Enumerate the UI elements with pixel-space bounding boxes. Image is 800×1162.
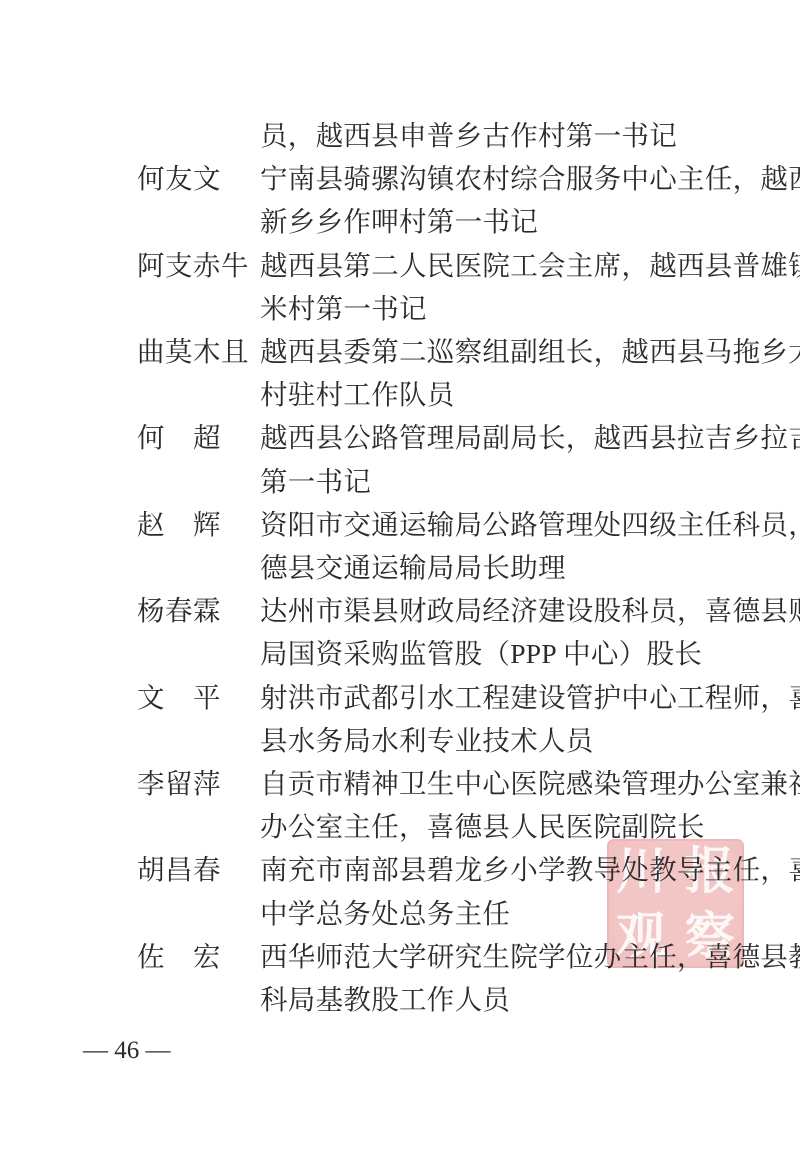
entry-row: 杨春霖 达州市渠县财政局经济建设股科员，喜德县财政局国资采购监管股（PPP 中心… [137,589,707,675]
entry-description-line: 员，越西县申普乡古作村第一书记 [260,114,707,157]
entry-description-line: 德县交通运输局局长助理 [260,546,800,589]
entry-description: 射洪市武都引水工程建设管护中心工程师，喜德县水务局水利专业技术人员 [260,676,800,762]
entry-row: 李留萍 自贡市精神卫生中心医院感染管理办公室兼社区办公室主任，喜德县人民医院副院… [137,762,707,848]
entry-name: 李留萍 [137,762,260,805]
entry-name: 杨春霖 [137,589,260,632]
entry-description: 越西县公路管理局副局长，越西县拉吉乡拉吉村第一书记 [260,416,800,502]
entry-name: 佐 宏 [137,935,260,978]
entry-row: 员，越西县申普乡古作村第一书记 [137,114,707,157]
entry-row: 文 平 射洪市武都引水工程建设管护中心工程师，喜德县水务局水利专业技术人员 [137,676,707,762]
entry-description-line: 射洪市武都引水工程建设管护中心工程师，喜德 [260,676,800,719]
entry-description-line: 科局基教股工作人员 [260,978,800,1021]
entry-description-line: 局国资采购监管股（PPP 中心）股长 [260,632,800,675]
entry-description-line: 越西县第二人民医院工会主席，越西县普雄镇沙 [260,244,800,287]
document-page: 川 报 观 察 员，越西县申普乡古作村第一书记 何友文 宁南县骑骡沟镇农村综合服… [0,0,800,1162]
entry-row: 胡昌春 南充市南部县碧龙乡小学教导处教导主任，喜德中学总务处总务主任 [137,848,707,934]
entry-description: 自贡市精神卫生中心医院感染管理办公室兼社区办公室主任，喜德县人民医院副院长 [260,762,800,848]
entry-row: 何 超 越西县公路管理局副局长，越西县拉吉乡拉吉村第一书记 [137,416,707,502]
entry-name: 何 超 [137,416,260,459]
entry-description: 南充市南部县碧龙乡小学教导处教导主任，喜德中学总务处总务主任 [260,848,800,934]
entry-description: 达州市渠县财政局经济建设股科员，喜德县财政局国资采购监管股（PPP 中心）股长 [260,589,800,675]
entry-row: 阿支赤牛 越西县第二人民医院工会主席，越西县普雄镇沙米村第一书记 [137,244,707,330]
entry-description-line: 越西县公路管理局副局长，越西县拉吉乡拉吉村 [260,416,800,459]
entry-description-line: 村驻村工作队员 [260,373,800,416]
entry-name: 赵 辉 [137,503,260,546]
entry-description: 西华师范大学研究生院学位办主任，喜德县教体科局基教股工作人员 [260,935,800,1021]
page-number: — 46 — [83,1036,171,1066]
entry-description-line: 越西县委第二巡察组副组长，越西县马拖乡大河 [260,330,800,373]
entry-description: 员，越西县申普乡古作村第一书记 [260,114,707,157]
entry-description-line: 南充市南部县碧龙乡小学教导处教导主任，喜德 [260,848,800,891]
entry-description: 越西县第二人民医院工会主席，越西县普雄镇沙米村第一书记 [260,244,800,330]
entry-description-line: 米村第一书记 [260,287,800,330]
entry-description-line: 办公室主任，喜德县人民医院副院长 [260,805,800,848]
entry-description-line: 资阳市交通运输局公路管理处四级主任科员，喜 [260,503,800,546]
entry-description-line: 西华师范大学研究生院学位办主任，喜德县教体 [260,935,800,978]
entry-description-line: 新乡乡作呷村第一书记 [260,200,800,243]
entry-description-line: 第一书记 [260,460,800,503]
entry-description-line: 县水务局水利专业技术人员 [260,719,800,762]
entry-name: 文 平 [137,676,260,719]
entry-name: 曲莫木且 [137,330,260,373]
entry-description-line: 宁南县骑骡沟镇农村综合服务中心主任，越西县 [260,157,800,200]
entry-row: 曲莫木且 越西县委第二巡察组副组长，越西县马拖乡大河村驻村工作队员 [137,330,707,416]
entry-description-line: 自贡市精神卫生中心医院感染管理办公室兼社区 [260,762,800,805]
entry-list: 员，越西县申普乡古作村第一书记 何友文 宁南县骑骡沟镇农村综合服务中心主任，越西… [137,114,707,1021]
entry-description: 越西县委第二巡察组副组长，越西县马拖乡大河村驻村工作队员 [260,330,800,416]
entry-name: 阿支赤牛 [137,244,260,287]
entry-description-line: 达州市渠县财政局经济建设股科员，喜德县财政 [260,589,800,632]
entry-name: 胡昌春 [137,848,260,891]
entry-row: 佐 宏 西华师范大学研究生院学位办主任，喜德县教体科局基教股工作人员 [137,935,707,1021]
entry-row: 何友文 宁南县骑骡沟镇农村综合服务中心主任，越西县新乡乡作呷村第一书记 [137,157,707,243]
entry-name: 何友文 [137,157,260,200]
entry-description: 资阳市交通运输局公路管理处四级主任科员，喜德县交通运输局局长助理 [260,503,800,589]
entry-description: 宁南县骑骡沟镇农村综合服务中心主任，越西县新乡乡作呷村第一书记 [260,157,800,243]
entry-description-line: 中学总务处总务主任 [260,892,800,935]
entry-row: 赵 辉 资阳市交通运输局公路管理处四级主任科员，喜德县交通运输局局长助理 [137,503,707,589]
